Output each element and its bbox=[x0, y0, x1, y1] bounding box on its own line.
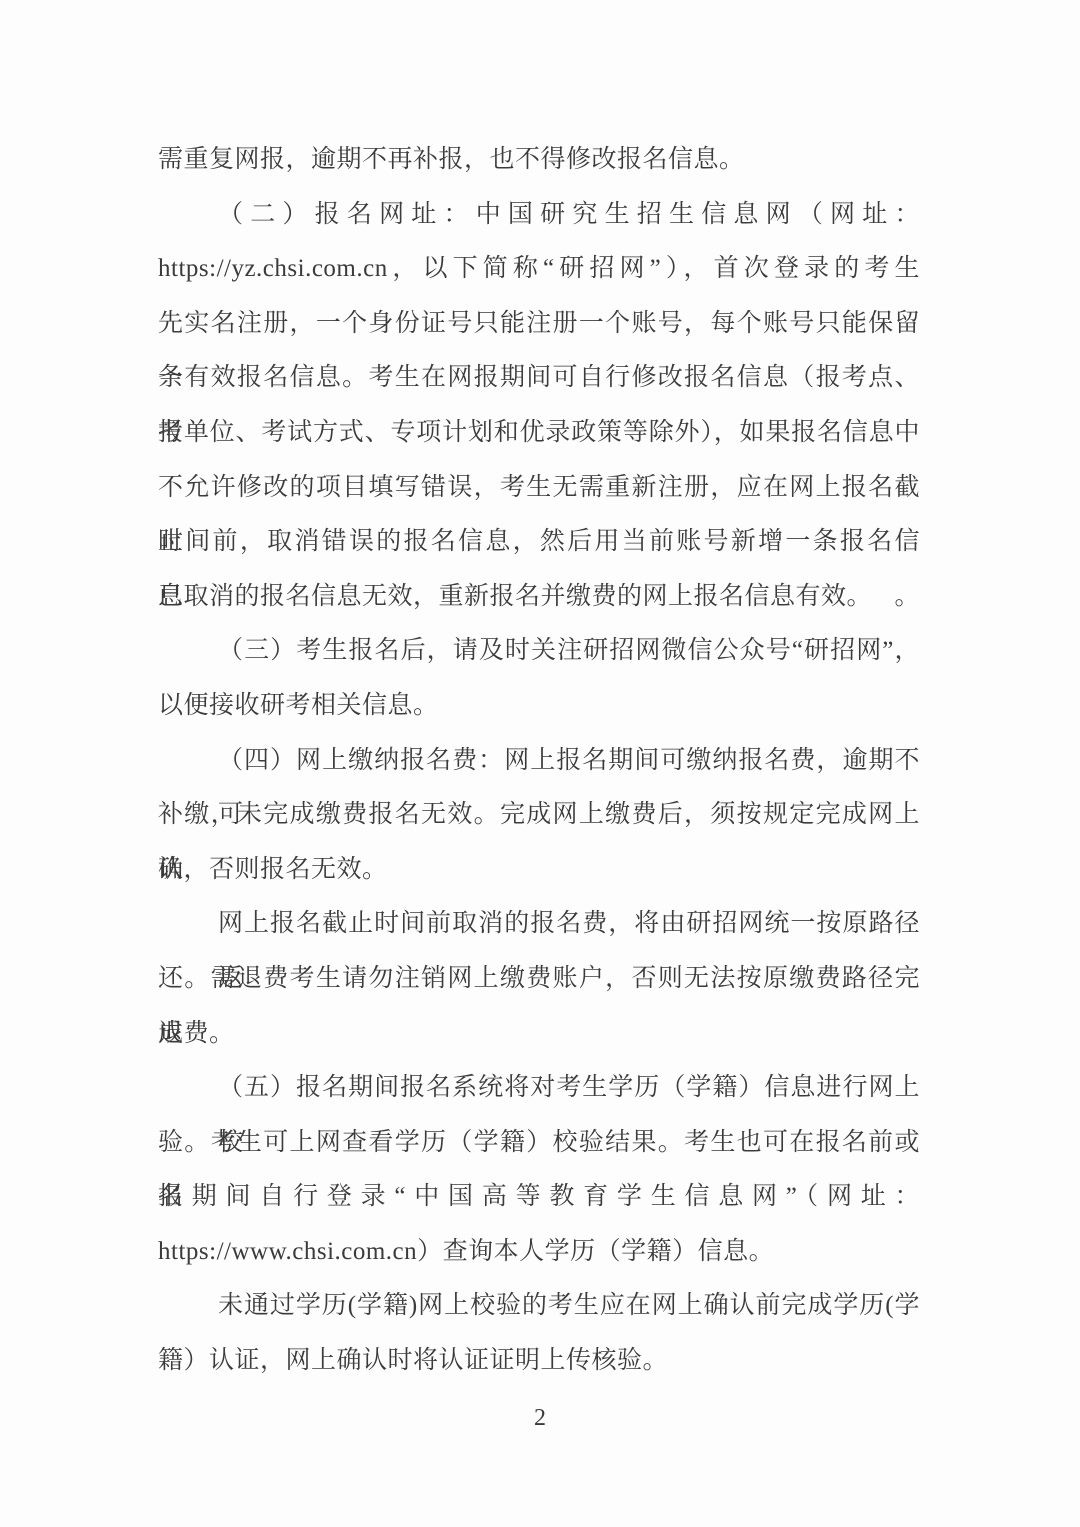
text-line: 补缴，未完成缴费报名无效。完成网上缴费后，须按规定完成网上确 bbox=[158, 788, 920, 843]
document-page: 需重复网报，逾期不再补报，也不得修改报名信息。 （二）报名网址：中国研究生招生信… bbox=[0, 0, 1080, 1527]
text-line: 时间前，取消错误的报名信息，然后用当前账号新增一条报名信息。 bbox=[158, 515, 920, 570]
text-line: （四）网上缴纳报名费：网上报名期间可缴纳报名费，逾期不可 bbox=[158, 734, 920, 789]
text-line: 考单位、考试方式、专项计划和优录政策等除外），如果报名信息中 bbox=[158, 406, 920, 461]
text-line: （二）报名网址：中国研究生招生信息网（网址： bbox=[158, 188, 920, 243]
text-line: 认，否则报名无效。 bbox=[158, 843, 920, 898]
text-line: 籍）认证，网上确认时将认证证明上传核验。 bbox=[158, 1334, 920, 1389]
document-text-block: 需重复网报，逾期不再补报，也不得修改报名信息。 （二）报名网址：中国研究生招生信… bbox=[158, 133, 920, 1389]
text-line: 名期间自行登录“中国高等教育学生信息网”（网址： bbox=[158, 1170, 920, 1225]
text-line: 验。考生可上网查看学历（学籍）校验结果。考生也可在报名前或报 bbox=[158, 1116, 920, 1171]
text-line: 先实名注册，一个身份证号只能注册一个账号，每个账号只能保留一 bbox=[158, 297, 920, 352]
page-number: 2 bbox=[0, 1398, 1080, 1438]
text-line: （三）考生报名后，请及时关注研招网微信公众号“研招网”， bbox=[158, 624, 920, 679]
text-line: https://yz.chsi.com.cn，以下简称“研招网”），首次登录的考… bbox=[158, 242, 920, 297]
text-line: https://www.chsi.com.cn）查询本人学历（学籍）信息。 bbox=[158, 1225, 920, 1280]
text-line: 条有效报名信息。考生在网报期间可自行修改报名信息（报考点、报 bbox=[158, 351, 920, 406]
text-line: 需重复网报，逾期不再补报，也不得修改报名信息。 bbox=[158, 133, 920, 188]
text-line: 未通过学历(学籍)网上校验的考生应在网上确认前完成学历(学 bbox=[158, 1279, 920, 1334]
text-line: 已取消的报名信息无效，重新报名并缴费的网上报名信息有效。 bbox=[158, 570, 920, 625]
text-line: 以便接收研考相关信息。 bbox=[158, 679, 920, 734]
text-line: 退费。 bbox=[158, 1007, 920, 1062]
text-line: 不允许修改的项目填写错误，考生无需重新注册，应在网上报名截止 bbox=[158, 461, 920, 516]
text-line: 网上报名截止时间前取消的报名费，将由研招网统一按原路径返 bbox=[158, 897, 920, 952]
text-line: 还。需退费考生请勿注销网上缴费账户，否则无法按原缴费路径完成 bbox=[158, 952, 920, 1007]
text-line: （五）报名期间报名系统将对考生学历（学籍）信息进行网上校 bbox=[158, 1061, 920, 1116]
